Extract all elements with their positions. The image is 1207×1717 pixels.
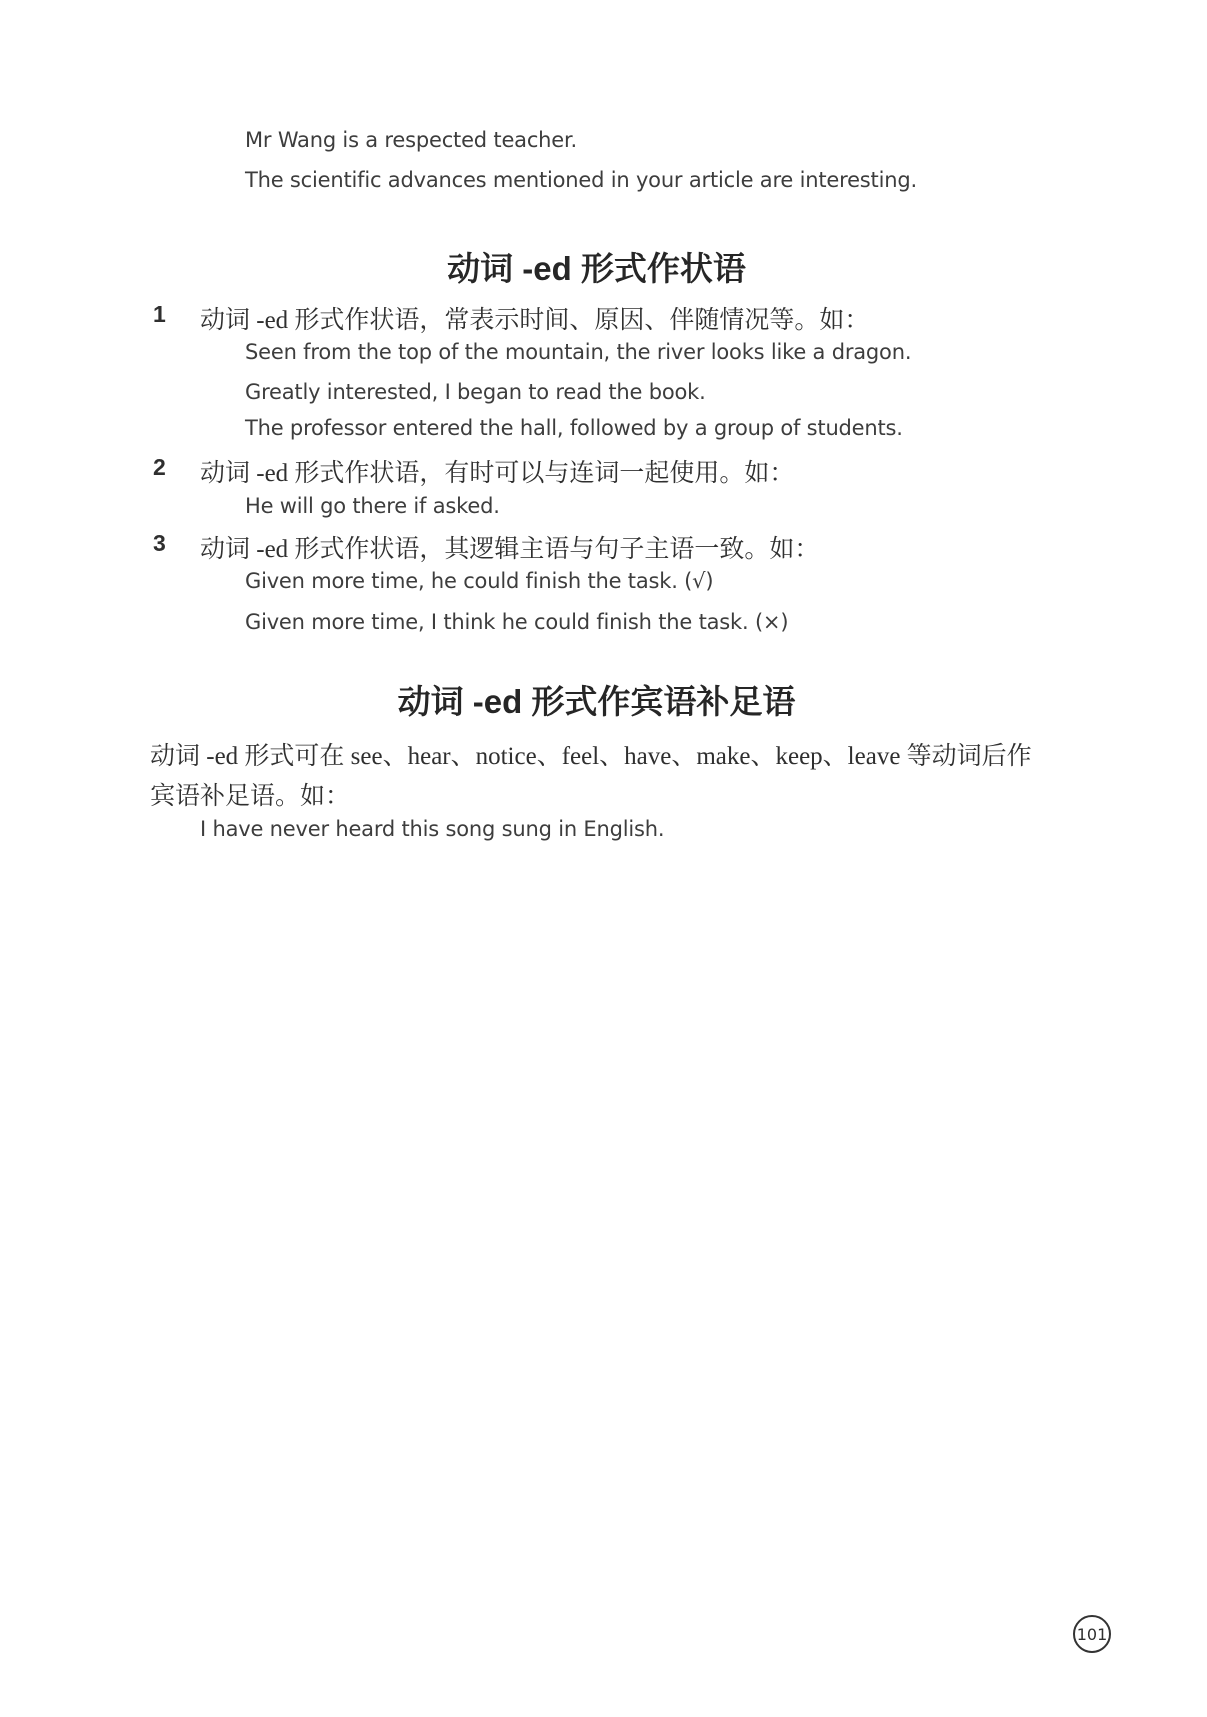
example-sentence: Given more time, I think he could finish… [245, 610, 788, 634]
item-rule-text: 动词 -ed 形式作状语，其逻辑主语与句子主语一致。如： [200, 529, 819, 565]
section-paragraph: 动词 -ed 形式可在 see、hear、notice、feel、have、ma… [150, 737, 1043, 817]
page-number-text: 101 [1077, 1625, 1108, 1644]
intro-example-sentence: The scientific advances mentioned in you… [245, 168, 917, 192]
example-sentence: Greatly interested, I began to read the … [245, 380, 706, 404]
item-number: 2 [153, 454, 166, 481]
example-sentence: Seen from the top of the mountain, the r… [245, 340, 911, 364]
intro-example-sentence: Mr Wang is a respected teacher. [245, 128, 577, 152]
item-number: 1 [153, 301, 166, 328]
textbook-page: Mr Wang is a respected teacher. The scie… [0, 0, 1207, 1717]
section-title-adverbial: 动词 -ed 形式作状语 [150, 243, 1043, 290]
page-number-badge: 101 [1073, 1615, 1111, 1653]
example-sentence: The professor entered the hall, followed… [245, 416, 903, 440]
item-number: 3 [153, 530, 166, 557]
example-sentence: Given more time, he could finish the tas… [245, 569, 713, 593]
example-sentence: He will go there if asked. [245, 494, 500, 518]
item-rule-text: 动词 -ed 形式作状语，常表示时间、原因、伴随情况等。如： [200, 300, 869, 336]
section-title-object-complement: 动词 -ed 形式作宾语补足语 [150, 676, 1043, 723]
item-rule-text: 动词 -ed 形式作状语，有时可以与连词一起使用。如： [200, 453, 794, 489]
example-sentence: I have never heard this song sung in Eng… [200, 817, 664, 841]
